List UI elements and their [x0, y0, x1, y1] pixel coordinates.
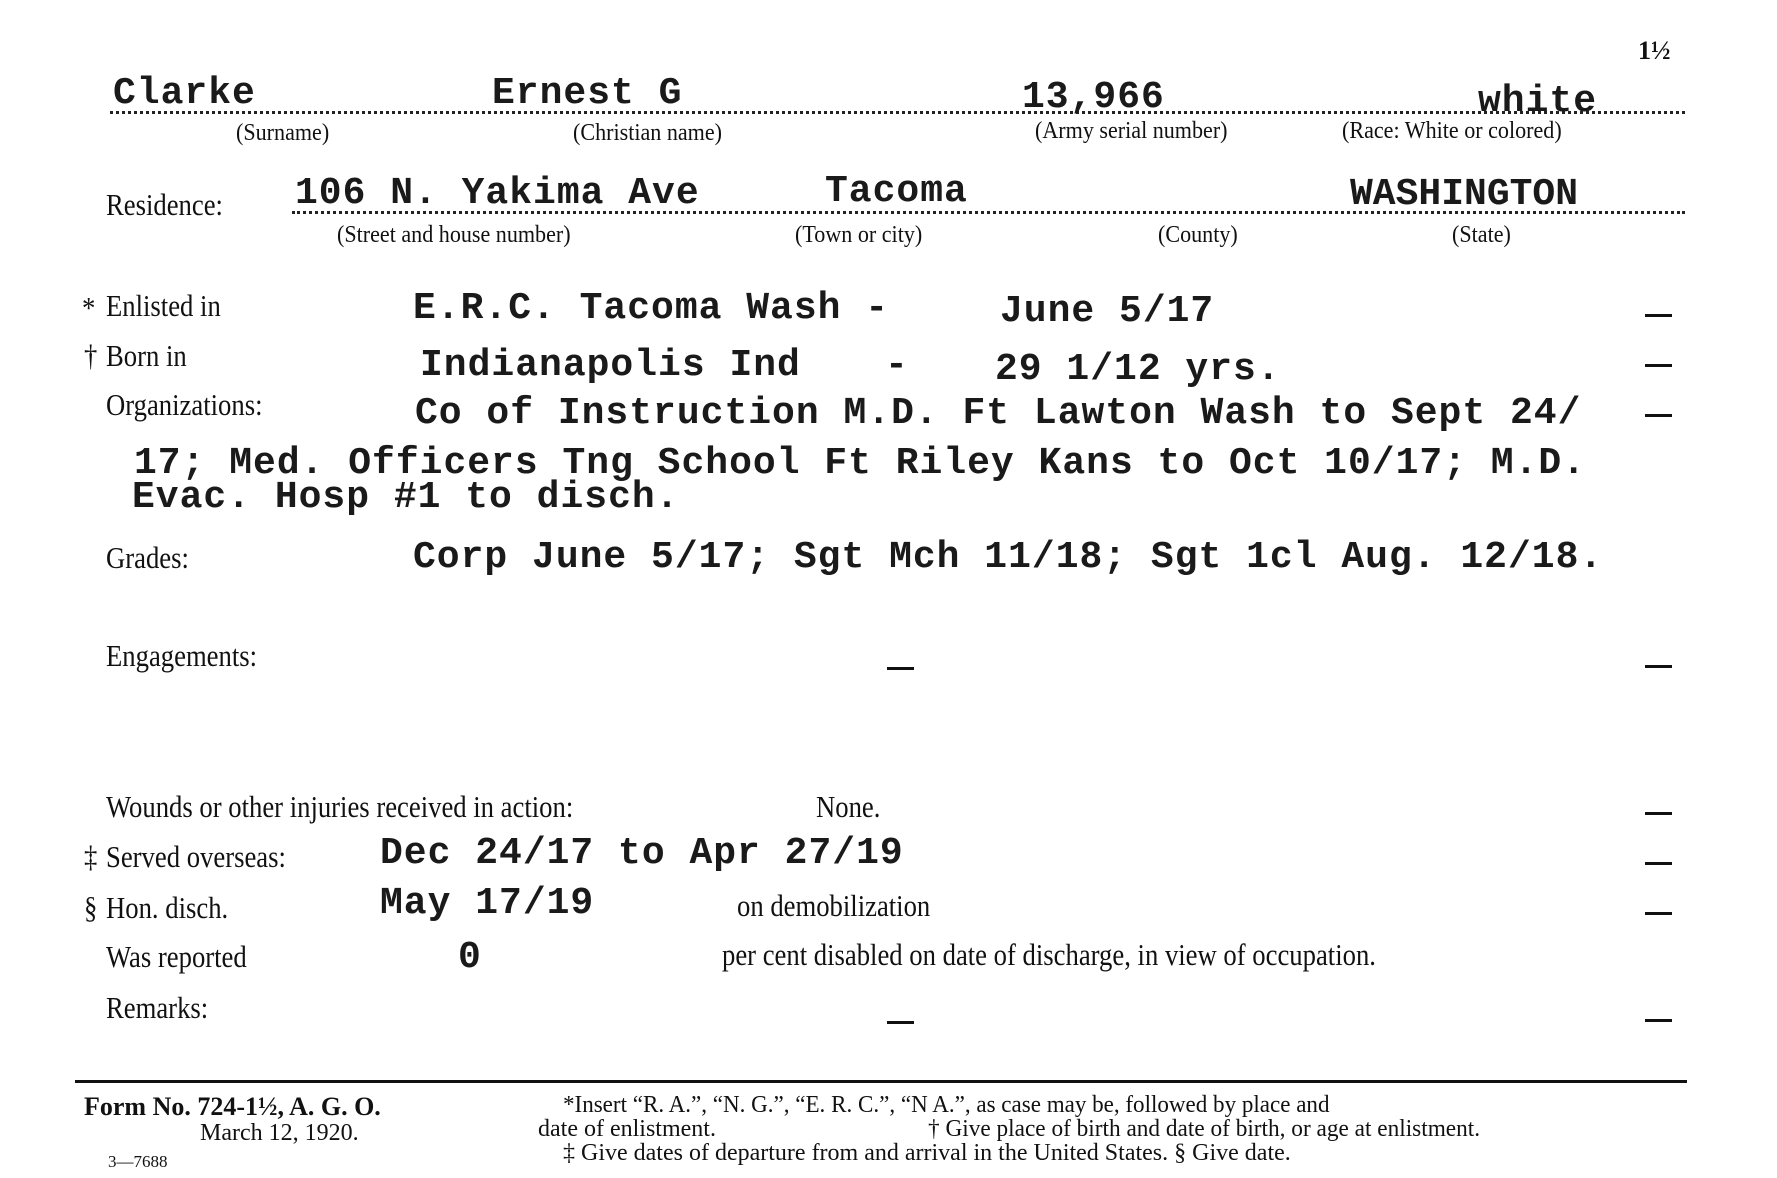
- enlisted-date-value: June 5/17: [1000, 290, 1214, 333]
- engagements-dash: [1645, 665, 1672, 668]
- overseas-value: Dec 24/17 to Apr 27/19: [380, 832, 904, 875]
- overseas-label: Served overseas:: [106, 839, 286, 875]
- footer-rule: [75, 1080, 1687, 1083]
- grades-label: Grades:: [106, 540, 189, 576]
- overseas-mark: ‡: [84, 839, 97, 875]
- residence-street-value: 106 N. Yakima Ave: [295, 172, 700, 215]
- form-number: Form No. 724-1½, A. G. O.: [84, 1092, 381, 1122]
- organizations-dash: [1645, 414, 1672, 417]
- born-place-value: Indianapolis Ind: [420, 344, 801, 387]
- residence-state-value: WASHINGTON: [1350, 173, 1578, 216]
- form-date: March 12, 1920.: [200, 1120, 359, 1147]
- christian-name-label: (Christian name): [573, 120, 722, 147]
- street-label: (Street and house number): [337, 222, 571, 249]
- remarks-dash: [1645, 1019, 1672, 1022]
- discharge-label: Hon. disch.: [106, 890, 228, 926]
- name-row-line: [110, 111, 1685, 114]
- wounds-value: None.: [816, 789, 880, 825]
- wounds-label: Wounds or other injuries received in act…: [106, 789, 573, 825]
- residence-label: Residence:: [106, 187, 223, 223]
- race-label: (Race: White or colored): [1342, 118, 1562, 145]
- reported-label: Was reported: [106, 939, 247, 975]
- footnote-line-3: ‡ Give dates of departure from and arriv…: [563, 1140, 1291, 1167]
- city-label: (Town or city): [795, 222, 922, 249]
- enlisted-label: Enlisted in: [106, 288, 221, 324]
- surname-label: (Surname): [236, 120, 329, 147]
- surname-value: Clarke: [113, 72, 256, 115]
- christian-name-value: Ernest G: [492, 72, 682, 115]
- born-sep: -: [885, 344, 909, 387]
- state-label: (State): [1452, 222, 1511, 249]
- engagements-mid-dash: [887, 667, 914, 670]
- residence-city-value: Tacoma: [825, 170, 968, 213]
- organizations-line-1: Co of Instruction M.D. Ft Lawton Wash to…: [415, 392, 1581, 435]
- discharge-mark: §: [84, 890, 97, 926]
- footnote-line-1: *Insert “R. A.”, “N. G.”, “E. R. C.”, “N…: [563, 1092, 1329, 1119]
- born-mark: †: [84, 338, 97, 374]
- reported-percent-value: 0: [458, 936, 482, 979]
- overseas-dash: [1645, 862, 1672, 865]
- discharge-date-value: May 17/19: [380, 882, 594, 925]
- engagements-label: Engagements:: [106, 638, 257, 674]
- serial-number-value: 13,966: [1022, 76, 1165, 119]
- enlisted-dash: [1645, 314, 1672, 317]
- wounds-dash: [1645, 812, 1672, 815]
- form-page-number: 1½: [1638, 36, 1671, 66]
- serial-number-label: (Army serial number): [1035, 118, 1228, 145]
- organizations-line-3: Evac. Hosp #1 to disch.: [132, 476, 680, 519]
- discharge-dash: [1645, 912, 1672, 915]
- footnote-line-2b: † Give place of birth and date of birth,…: [928, 1116, 1480, 1143]
- grades-value: Corp June 5/17; Sgt Mch 11/18; Sgt 1cl A…: [413, 536, 1603, 579]
- race-value: white: [1478, 80, 1597, 123]
- remarks-mid-dash: [887, 1021, 914, 1024]
- born-age-value: 29 1/12 yrs.: [995, 348, 1281, 391]
- print-code: 3—7688: [108, 1152, 168, 1172]
- reported-text: per cent disabled on date of discharge, …: [722, 937, 1376, 973]
- born-label: Born in: [106, 338, 187, 374]
- footnote-line-2a: date of enlistment.: [538, 1116, 716, 1143]
- born-dash: [1645, 364, 1672, 367]
- enlisted-place-value: E.R.C. Tacoma Wash -: [413, 287, 889, 330]
- county-label: (County): [1158, 222, 1238, 249]
- organizations-label: Organizations:: [106, 387, 262, 423]
- enlisted-mark: *: [82, 290, 95, 326]
- discharge-note: on demobilization: [737, 888, 930, 924]
- remarks-label: Remarks:: [106, 990, 208, 1026]
